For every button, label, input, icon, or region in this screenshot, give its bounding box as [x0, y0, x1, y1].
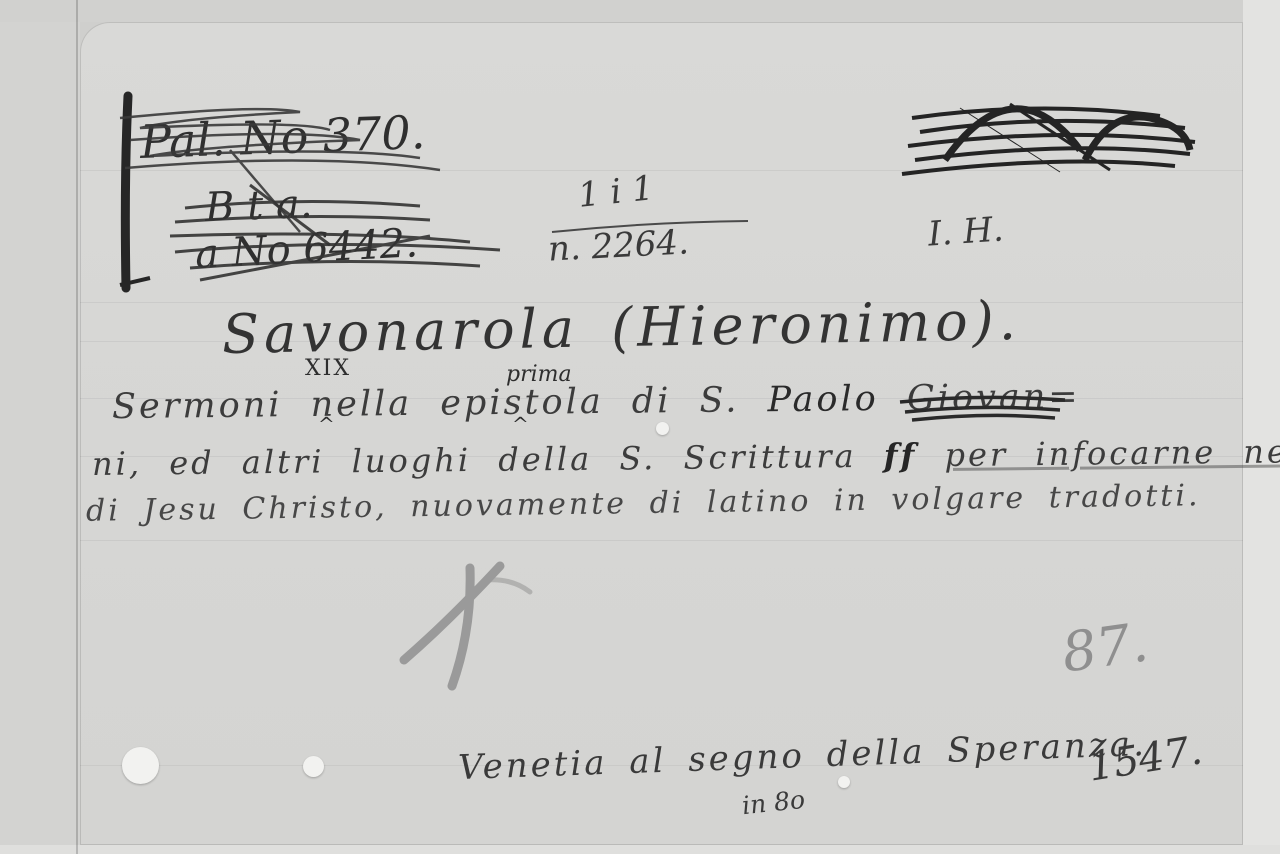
fraction-bar — [552, 221, 748, 232]
scribble-over-shelfmark-1 — [120, 109, 440, 232]
cancelled-word-scribble — [902, 104, 1195, 174]
handwriting-layer: Pal. No 370. B t a. a No 6442. 1 i 1 n. … — [0, 0, 1280, 854]
pencil-x-mark — [404, 566, 530, 686]
ink-marks-overlay — [0, 0, 1280, 854]
scribble-over-shelfmark-3 — [170, 234, 500, 280]
scanned-catalog-card-photo: Pal. No 370. B t a. a No 6442. 1 i 1 n. … — [0, 0, 1280, 854]
heavy-ink-stroke — [125, 96, 128, 288]
strike-over-paolo — [900, 397, 1065, 420]
